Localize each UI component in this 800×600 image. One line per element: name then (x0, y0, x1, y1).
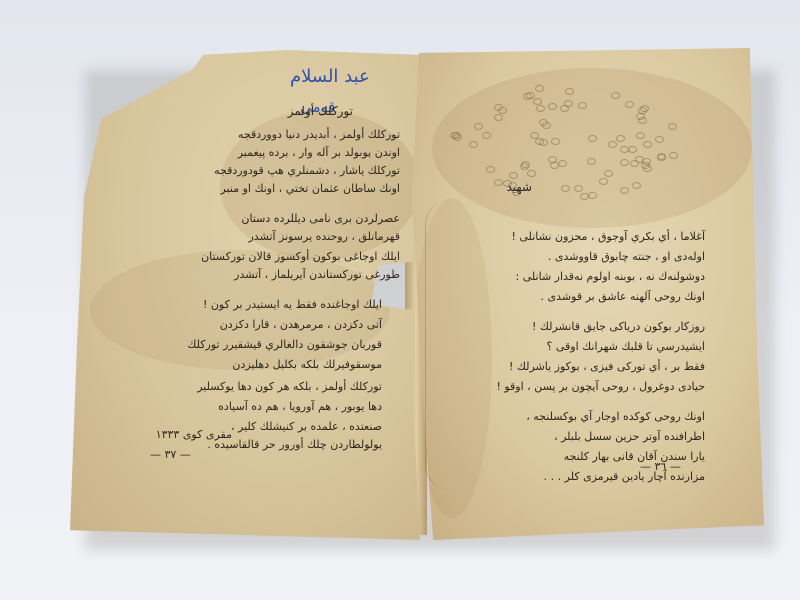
text-line: يولولطاردن چلك أورور حر قالقاسيده . (207, 438, 382, 451)
pencil-dot (599, 178, 608, 185)
text-line: عصرلردن بری نامی ديللرده دستان (241, 212, 400, 225)
text-line: قهرمانلق ، روحنده يرسونز آتشدر (248, 230, 400, 243)
text-line: ايلك اوجاغی بوكون أوكسوز قالان توركستان (201, 250, 400, 263)
text-line: اطرافنده آوتر حزين سسل بلبلر ، (554, 430, 705, 443)
left-signature: مقرى كوى ١٣٣٣ (156, 428, 232, 441)
text-line: ايشيدرسي تا قلبك شهرانك اوقی ؟ (547, 340, 706, 353)
text-line: آغلاما ، أي بكري آوجوق ، محزون نشانلی ! (511, 230, 705, 243)
pencil-dot (588, 192, 597, 199)
handwritten-name: عبد السلام (290, 66, 370, 87)
text-line: يارا سندن آقان قانی بهار كلنجه (564, 450, 705, 463)
left-page-title: توركلك أولمز (288, 104, 353, 118)
text-line: توركلك أولمز ، أبديدر دنيا دووردقجه (238, 128, 400, 141)
text-line: صنعتده ، علمده بر كنيشلك كلير ، (231, 420, 382, 433)
pencil-dot (561, 185, 570, 192)
pencil-dot (578, 102, 587, 109)
pencil-dot (558, 160, 567, 167)
text-line: حيادی دوغرول ، روحی آيچون بر پسن ، اوقو … (496, 380, 705, 393)
pencil-dot (643, 141, 652, 148)
text-line: توركلك أولمز ، بلكه هر كون دها يوكسلير (197, 380, 382, 393)
pencil-dot (632, 182, 641, 189)
text-line: آتی دكزدن ، مرمرهدن ، قارا دكزدن (220, 318, 382, 331)
water-stain (432, 68, 752, 228)
pencil-dot (642, 158, 651, 165)
floral-drawing (425, 200, 476, 490)
pencil-dot (638, 107, 647, 114)
text-line: اوندن يوبولد بر آله وار ، برده پيغمبر (238, 146, 400, 159)
text-line: اونك ساطان عثمان تختي ، اونك او منبر (221, 182, 400, 195)
right-page-title: شهيد (506, 180, 532, 194)
pencil-dot (474, 123, 483, 130)
left-page (70, 50, 420, 540)
pencil-dot (636, 132, 645, 139)
pencil-dot (668, 123, 677, 130)
text-line: روزكار بوكون درياكی جايق قانشرلك ! (532, 320, 705, 333)
pencil-dot (486, 166, 495, 173)
right-page-number: — ٣٦ — (640, 460, 681, 473)
left-page-number: — ٣٧ — (150, 448, 191, 461)
text-line: دوشولنه‌ك نه ، بوبنه اولوم نه‌قدار شانلی… (516, 270, 705, 283)
text-line: اوله‌دی او ، جنته چابوق قاووشدی . (548, 250, 705, 263)
pencil-dot (604, 170, 613, 177)
pencil-dot (657, 154, 666, 161)
text-line: توركلك ياشار ، دشمنلري هپ قودوردقجه (214, 164, 400, 177)
text-line: فقط بر ، أي توركی فيزی ، بوكوز ياشرلك ! (509, 360, 705, 373)
pencil-dot (469, 141, 478, 148)
text-line: موسقوفيرلك بلكه بکليل دهلیزدن (232, 358, 382, 371)
pencil-dot (548, 103, 557, 110)
text-line: اونك روحی كوكده اوجار آي بوكسلنجه ، (526, 410, 705, 423)
pencil-dot (620, 159, 629, 166)
text-line: ايلك اوجاغنده فقط يه ايستيدر بر كون ! (203, 298, 382, 311)
pencil-dot (669, 152, 678, 159)
pencil-dot (453, 134, 462, 141)
text-line: اونك روحی آلهنه عاشق بر قوشدی . (541, 290, 705, 303)
text-line: دها يوبور ، هم آورويا ، هم ده آسياده (218, 400, 382, 413)
pencil-dot (625, 101, 634, 108)
pencil-dot (565, 88, 574, 95)
pencil-dot (580, 193, 589, 200)
pencil-dot (533, 98, 542, 105)
text-line: طورغی توركستاندن آيريلماز ، آتشدر (234, 268, 400, 281)
text-line: قوربان جوشقون دالغالري قيشقيرر توركلك (187, 338, 382, 351)
